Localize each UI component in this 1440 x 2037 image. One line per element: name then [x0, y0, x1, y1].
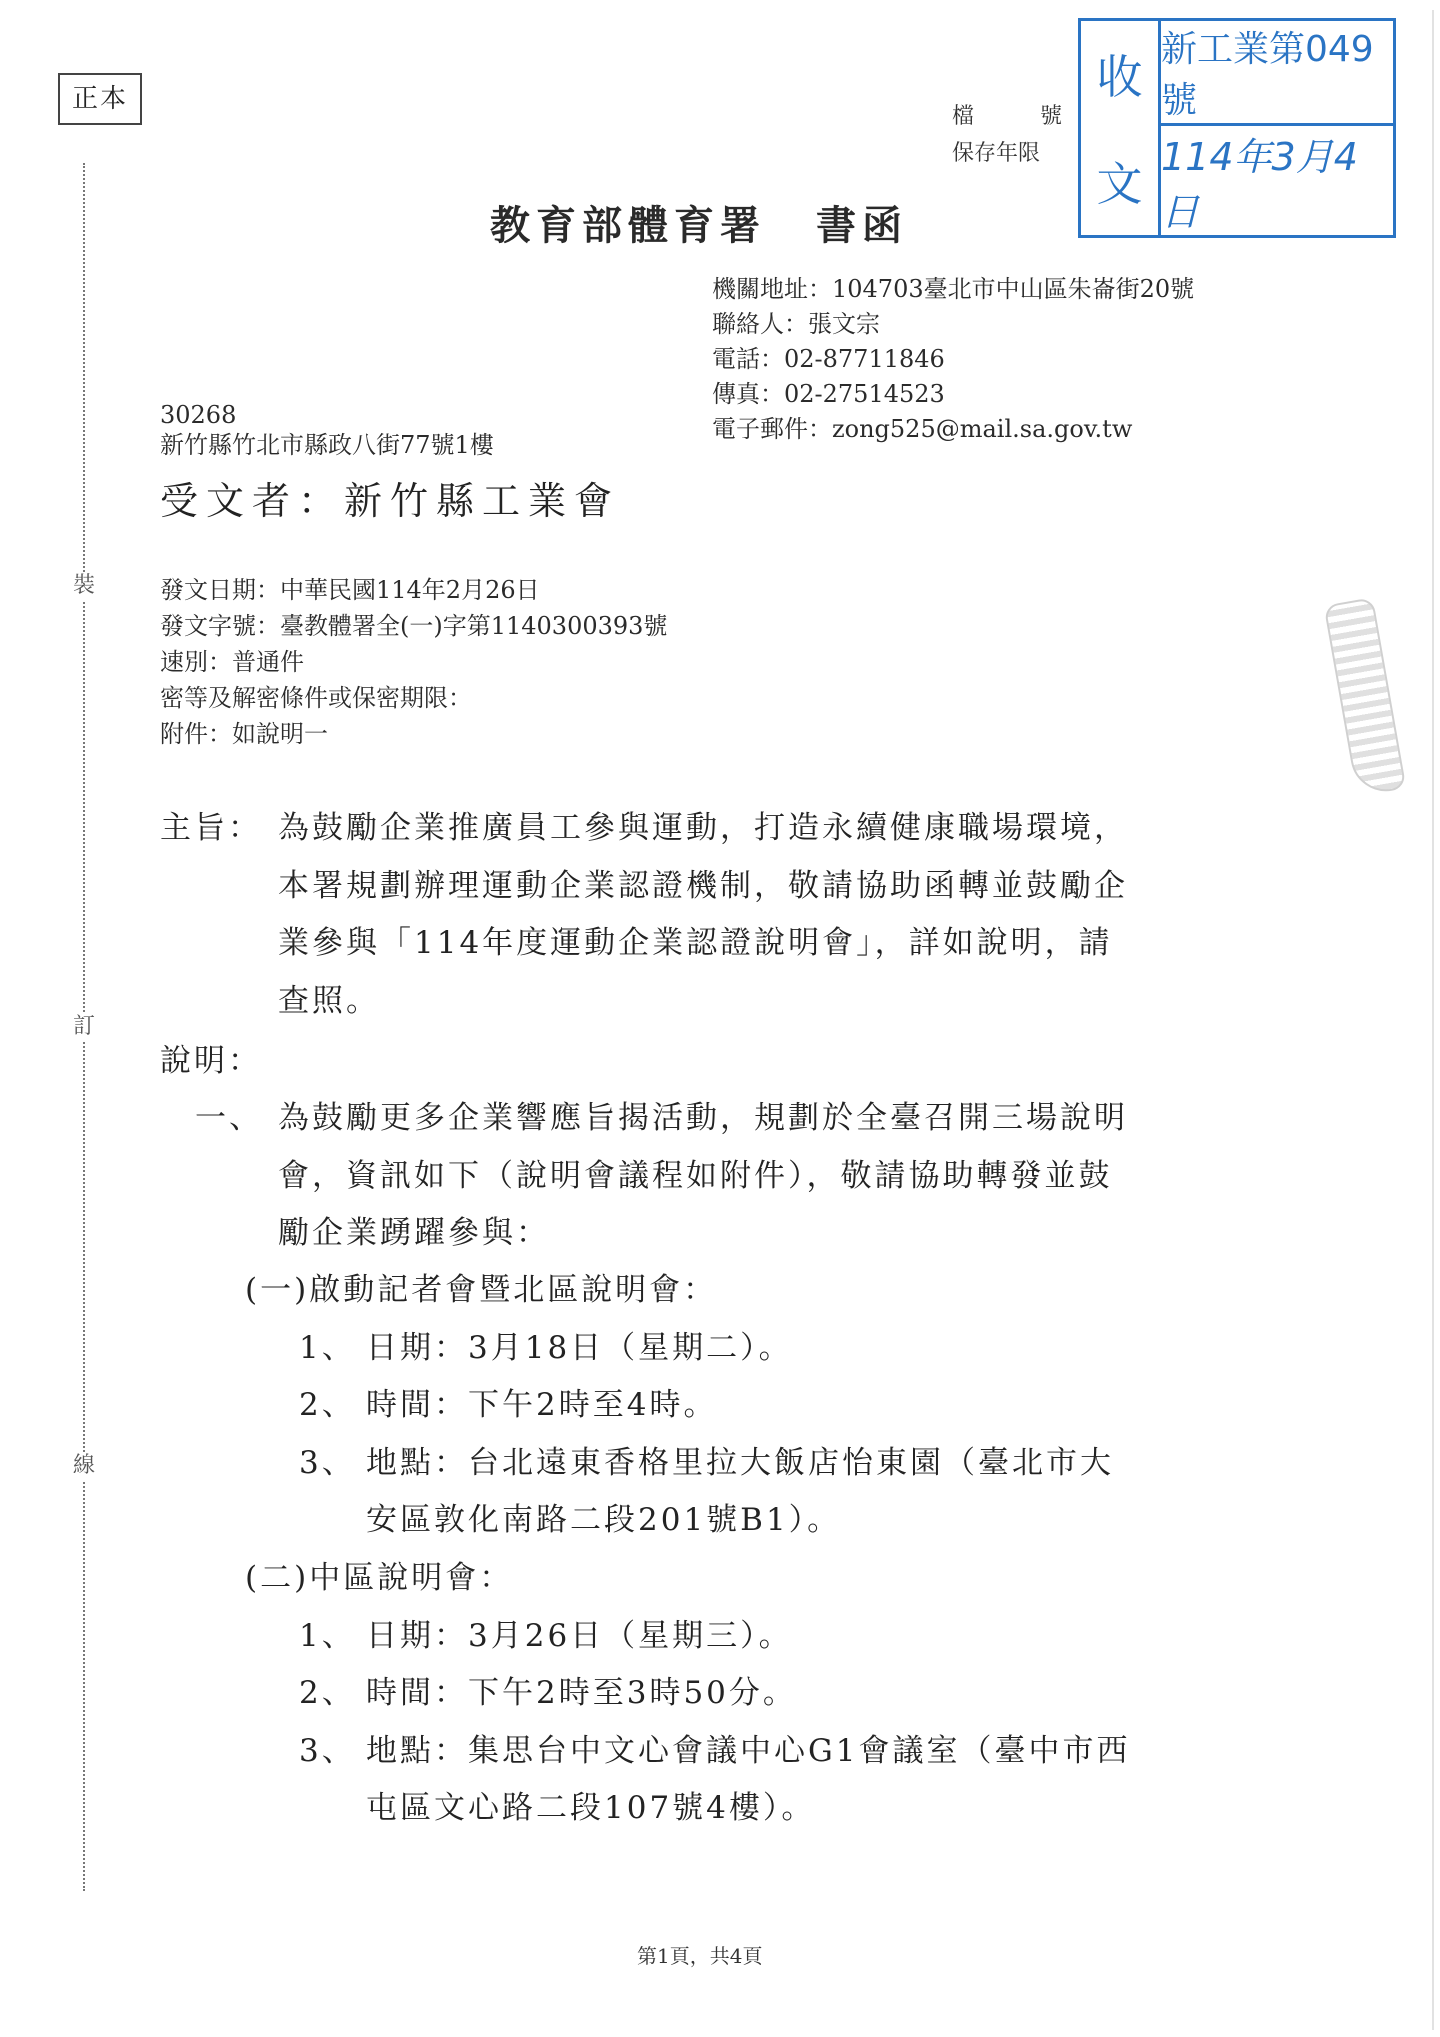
file-label-char: 號 [1040, 98, 1062, 135]
subject-content: 為鼓勵企業推廣員工參與運動，打造永續健康職場環境， 本署規劃辦理運動企業認證機制… [278, 800, 1278, 1030]
binding-label-xian: 線 [70, 1452, 98, 1480]
file-labels: 檔 號 保存年限 [952, 98, 1062, 172]
stamp-date: 114年3月4日 [1161, 126, 1393, 236]
doc-type: 書函 [816, 203, 908, 249]
subject-label: 主旨： [160, 800, 262, 858]
sender-email[interactable]: 電子郵件：zong525@mail.sa.gov.tw [712, 412, 1194, 447]
explanation-label: 說明： [160, 1033, 262, 1091]
location-line: 屯區文心路二段107號4樓）。 [366, 1780, 1296, 1838]
recipient-postal-code: 30268 [160, 400, 494, 430]
sender-phone: 電話：02-87711846 [712, 342, 1194, 377]
item-number: 一、 [195, 1090, 263, 1148]
recipient: 受文者：新竹縣工業會 [160, 470, 620, 525]
stamp-document-char: 文 [1081, 126, 1161, 236]
classification: 密等及解密條件或保密期限： [160, 680, 667, 716]
sub-item-text: 地點：台北遠東香格里拉大飯店怡東園（臺北市大 安區敦化南路二段201號B1）。 [366, 1435, 1296, 1550]
page-edge-line [1432, 10, 1434, 2030]
sub-item-number: 1、 [299, 1608, 356, 1666]
document-meta: 發文日期：中華民國114年2月26日 發文字號：臺教體署全(一)字第114030… [160, 572, 667, 752]
item-line: 為鼓勵更多企業響應旨揭活動，規劃於全臺召開三場說明 [278, 1090, 1278, 1148]
session-central: (二)中區說明會： 1、 日期：3月26日（星期三）。 2、 時間：下午2時至3… [245, 1550, 1285, 1608]
binding-label-zhuang: 裝 [70, 572, 98, 600]
location-line: 地點：集思台中文心會議中心G1會議室（臺中市西 [366, 1723, 1296, 1781]
file-label-char: 檔 [952, 98, 974, 135]
recipient-street: 新竹縣竹北市縣政八街77號1樓 [160, 430, 494, 460]
subject-line: 查照。 [278, 973, 1278, 1031]
speed-class: 速別：普通件 [160, 644, 667, 680]
stamp-receive-char: 收 [1081, 21, 1161, 126]
subject-line: 本署規劃辦理運動企業認證機制，敬請協助函轉並鼓勵企 [278, 858, 1278, 916]
sender-address: 機關地址：104703臺北市中山區朱崙街20號 [712, 272, 1194, 307]
binding-label-ding: 訂 [70, 1013, 98, 1041]
session-title: (一)啟動記者會暨北區說明會： [245, 1262, 1285, 1320]
sub-item-number: 2、 [299, 1665, 356, 1723]
document-title: 教育部體育署書函 [490, 194, 908, 251]
sender-fax: 傳真：02-27514523 [712, 377, 1194, 412]
subject-line: 為鼓勵企業推廣員工參與運動，打造永續健康職場環境， [278, 800, 1278, 858]
session-title: (二)中區說明會： [245, 1550, 1285, 1608]
sub-item-number: 2、 [299, 1377, 356, 1435]
perforation-seal-icon [1324, 597, 1407, 797]
item-line: 勵企業踴躍參與： [278, 1205, 1278, 1263]
location-line: 地點：台北遠東香格里拉大飯店怡東園（臺北市大 [366, 1435, 1296, 1493]
original-copy-marker: 正本 [58, 73, 142, 125]
agency-name: 教育部體育署 [490, 203, 766, 249]
location-line: 安區敦化南路二段201號B1）。 [366, 1492, 1296, 1550]
sender-contact: 聯絡人：張文宗 [712, 307, 1194, 342]
item-content: 為鼓勵更多企業響應旨揭活動，規劃於全臺召開三場說明 會，資訊如下（說明會議程如附… [278, 1090, 1278, 1263]
sub-item-text: 時間：下午2時至3時50分。 [366, 1665, 1296, 1723]
sub-item-number: 1、 [299, 1320, 356, 1378]
attachment: 附件：如說明一 [160, 716, 667, 752]
page-number: 第1頁，共4頁 [637, 1940, 762, 1969]
subject-line: 業參與「114年度運動企業認證說明會」，詳如說明，請 [278, 915, 1278, 973]
sub-item-text: 地點：集思台中文心會議中心G1會議室（臺中市西 屯區文心路二段107號4樓）。 [366, 1723, 1296, 1838]
retention-label: 保存年限 [952, 135, 1062, 172]
issue-number: 發文字號：臺教體署全(一)字第1140300393號 [160, 608, 667, 644]
recipient-address: 30268 新竹縣竹北市縣政八街77號1樓 [160, 400, 494, 460]
sub-item-text: 日期：3月18日（星期二）。 [366, 1320, 1296, 1378]
receipt-stamp: 收 新工業第049號 文 114年3月4日 [1078, 18, 1396, 238]
item-line: 會，資訊如下（說明會議程如附件），敬請協助轉發並鼓 [278, 1148, 1278, 1206]
sender-info: 機關地址：104703臺北市中山區朱崙街20號 聯絡人：張文宗 電話：02-87… [712, 272, 1194, 447]
session-north: (一)啟動記者會暨北區說明會： 1、 日期：3月18日（星期二）。 2、 時間：… [245, 1262, 1285, 1320]
sub-item-number: 3、 [299, 1435, 356, 1493]
file-number-label: 檔 號 [952, 98, 1062, 135]
sub-item-number: 3、 [299, 1723, 356, 1781]
issue-date: 發文日期：中華民國114年2月26日 [160, 572, 667, 608]
sub-item-text: 時間：下午2時至4時。 [366, 1377, 1296, 1435]
stamp-doc-number: 新工業第049號 [1161, 21, 1393, 126]
sub-item-text: 日期：3月26日（星期三）。 [366, 1608, 1296, 1666]
